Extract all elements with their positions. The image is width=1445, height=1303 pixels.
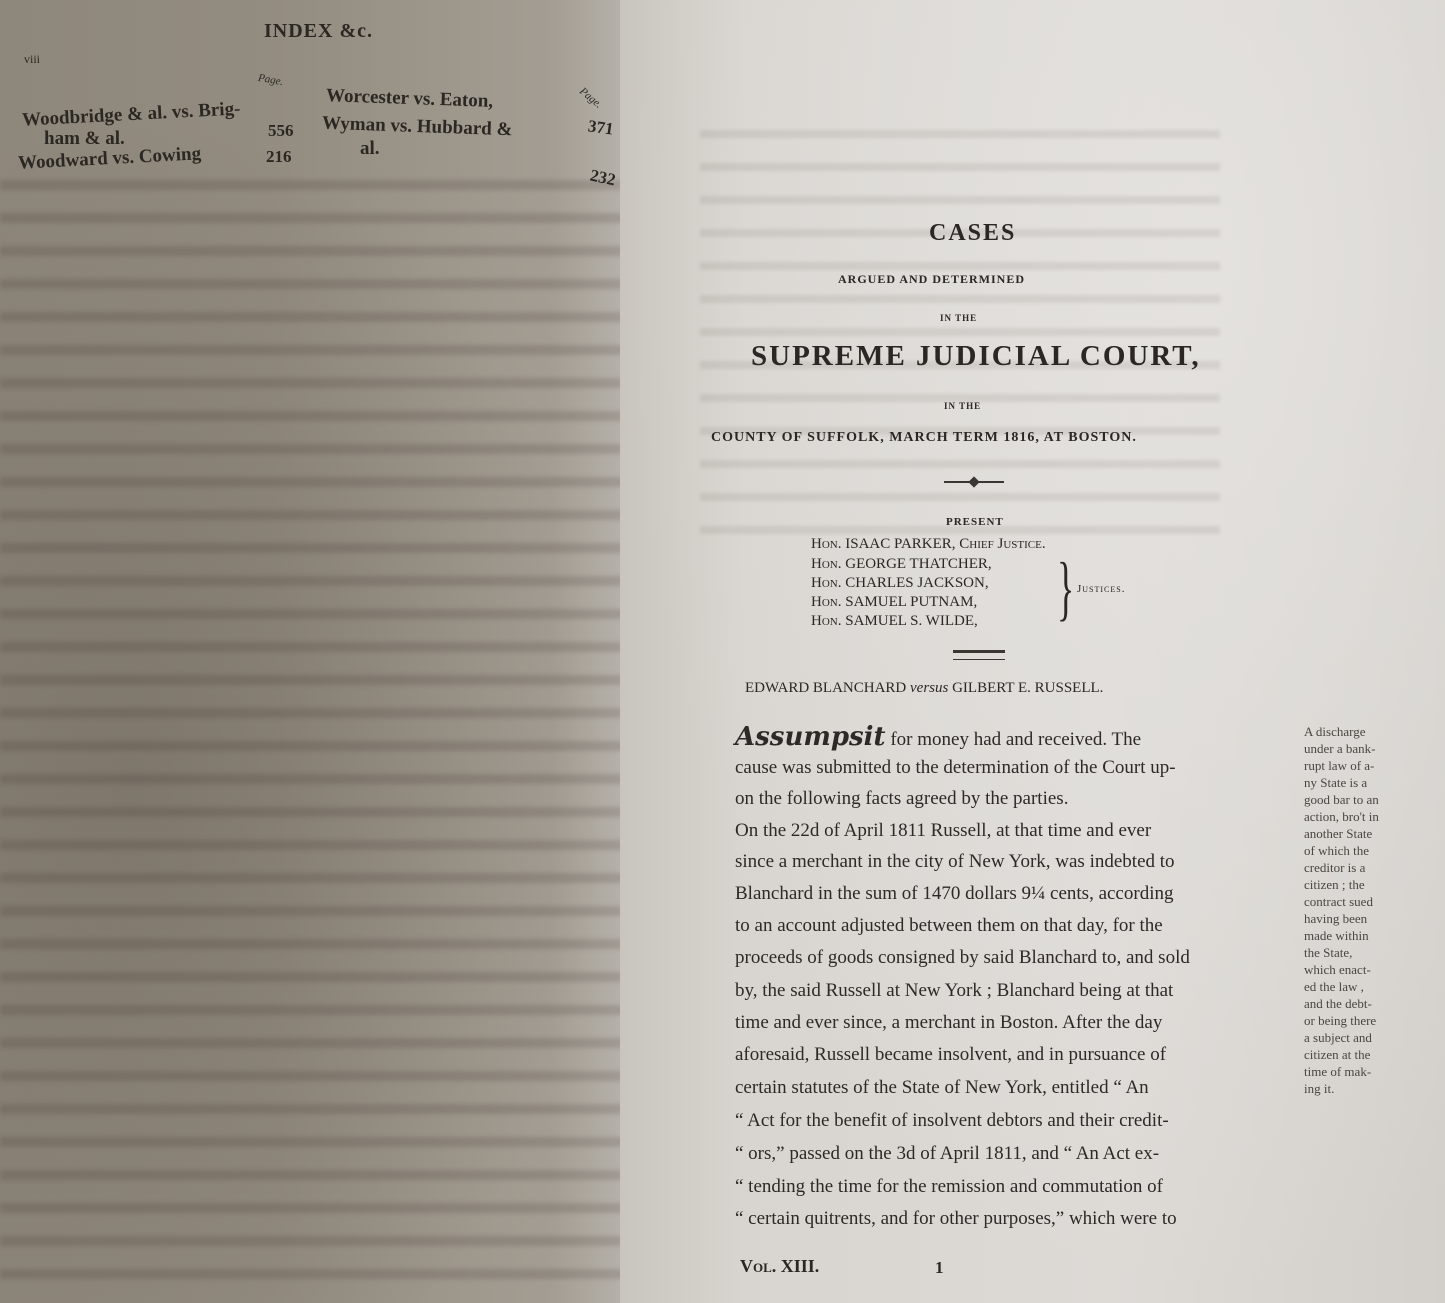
margin-note-line: action, bro't in — [1304, 809, 1379, 825]
body-line: “ certain quitrents, and for other purpo… — [735, 1208, 1177, 1230]
judge-line: Hon. GEORGE THATCHER, — [811, 556, 992, 573]
index-entry-cont: ham & al. — [44, 128, 125, 150]
in-the-label: IN THE — [944, 401, 981, 411]
body-line: “ ors,” passed on the 3d of April 1811, … — [735, 1143, 1159, 1165]
judge-name: GEORGE THATCHER, — [845, 556, 991, 572]
body-line: certain statutes of the State of New Yor… — [735, 1077, 1149, 1099]
county-term-line: COUNTY OF SUFFOLK, MARCH TERM 1816, AT B… — [711, 430, 1137, 446]
versus: versus — [910, 680, 948, 696]
drop-word: Assumpsit — [735, 722, 886, 752]
body-line: on the following facts agreed by the par… — [735, 788, 1068, 810]
body-line: aforesaid, Russell became insolvent, and… — [735, 1044, 1166, 1066]
ornamental-rule — [944, 481, 1004, 483]
margin-note-line: a subject and — [1304, 1030, 1372, 1046]
volume-label: Vol. XIII. — [740, 1256, 819, 1277]
justices-label: Justices. — [1077, 583, 1125, 595]
margin-note-line: time of mak- — [1304, 1064, 1371, 1080]
left-page-bleed-lines — [0, 180, 640, 1300]
present-label: PRESENT — [946, 516, 1004, 528]
margin-note-line: another State — [1304, 826, 1372, 842]
body-line: to an account adjusted between them on t… — [735, 915, 1163, 937]
body-line: by, the said Russell at New York ; Blanc… — [735, 980, 1173, 1002]
body-line: “ Act for the benefit of insolvent debto… — [735, 1110, 1169, 1132]
margin-note-line: good bar to an — [1304, 792, 1379, 808]
index-page-number: 216 — [266, 147, 292, 167]
body-line: “ tending the time for the remission and… — [735, 1176, 1163, 1198]
margin-note-line: made within — [1304, 928, 1369, 944]
judge-line: Hon. SAMUEL PUTNAM, — [811, 594, 977, 611]
body-line: Blanchard in the sum of 1470 dollars 9¼ … — [735, 883, 1173, 905]
subtitle: ARGUED AND DETERMINED — [838, 272, 1025, 287]
margin-note-line: and the debt- — [1304, 996, 1372, 1012]
signature-mark: 1 — [935, 1258, 944, 1278]
margin-note-line: or being there — [1304, 1013, 1376, 1029]
plaintiff: EDWARD BLANCHARD — [745, 680, 906, 696]
page-number-left: viii — [24, 52, 40, 67]
body-line: On the 22d of April 1811 Russell, at tha… — [735, 820, 1151, 842]
margin-note-line: ny State is a — [1304, 775, 1367, 791]
margin-note-line: A discharge — [1304, 724, 1366, 740]
margin-note-line: rupt law of a- — [1304, 758, 1374, 774]
margin-note-line: ing it. — [1304, 1081, 1334, 1097]
margin-note-line: creditor is a — [1304, 860, 1365, 876]
index-page-number: 556 — [268, 121, 294, 141]
judge-prefix: Hon. — [811, 613, 841, 629]
body-line: proceeds of goods consigned by said Blan… — [735, 947, 1190, 969]
case-title: EDWARD BLANCHARD versus GILBERT E. RUSSE… — [745, 680, 1103, 697]
judge-prefix: Hon. — [811, 575, 841, 591]
brace-icon: } — [1057, 558, 1074, 618]
in-the-label: IN THE — [940, 313, 977, 323]
body-line: Assumpsit for money had and received. Th… — [735, 722, 1141, 752]
body-line: time and ever since, a merchant in Bosto… — [735, 1012, 1162, 1034]
judge-prefix: Hon. — [811, 594, 841, 610]
margin-note-line: citizen at the — [1304, 1047, 1370, 1063]
body-line: since a merchant in the city of New York… — [735, 851, 1175, 873]
index-page-number: 371 — [587, 116, 615, 139]
index-header: INDEX &c. — [264, 20, 373, 43]
judge-line: Hon. SAMUEL S. WILDE, — [811, 613, 978, 630]
index-entry-cont: al. — [360, 138, 380, 160]
defendant: GILBERT E. RUSSELL. — [952, 680, 1103, 696]
margin-note-line: ed the law , — [1304, 979, 1364, 995]
court-name: SUPREME JUDICIAL COURT, — [751, 340, 1201, 373]
margin-note-line: under a bank- — [1304, 741, 1375, 757]
judge-role: Chief Justice. — [959, 536, 1045, 552]
judge-line: Hon. ISAAC PARKER, Chief Justice. — [811, 536, 1046, 553]
page-title: CASES — [929, 220, 1016, 247]
body-line: cause was submitted to the determination… — [735, 757, 1176, 779]
margin-note-line: the State, — [1304, 945, 1352, 961]
judge-name: CHARLES JACKSON, — [845, 575, 988, 591]
margin-note-line: citizen ; the — [1304, 877, 1365, 893]
margin-note-line: which enact- — [1304, 962, 1371, 978]
margin-note-line: contract sued — [1304, 894, 1373, 910]
judge-name: ISAAC PARKER, — [845, 536, 955, 552]
margin-note-line: having been — [1304, 911, 1367, 927]
judge-prefix: Hon. — [811, 536, 841, 552]
judge-line: Hon. CHARLES JACKSON, — [811, 575, 989, 592]
margin-note-line: of which the — [1304, 843, 1369, 859]
judge-name: SAMUEL PUTNAM, — [845, 594, 977, 610]
judge-prefix: Hon. — [811, 556, 841, 572]
judge-name: SAMUEL S. WILDE, — [845, 613, 978, 629]
double-rule — [953, 650, 1005, 660]
